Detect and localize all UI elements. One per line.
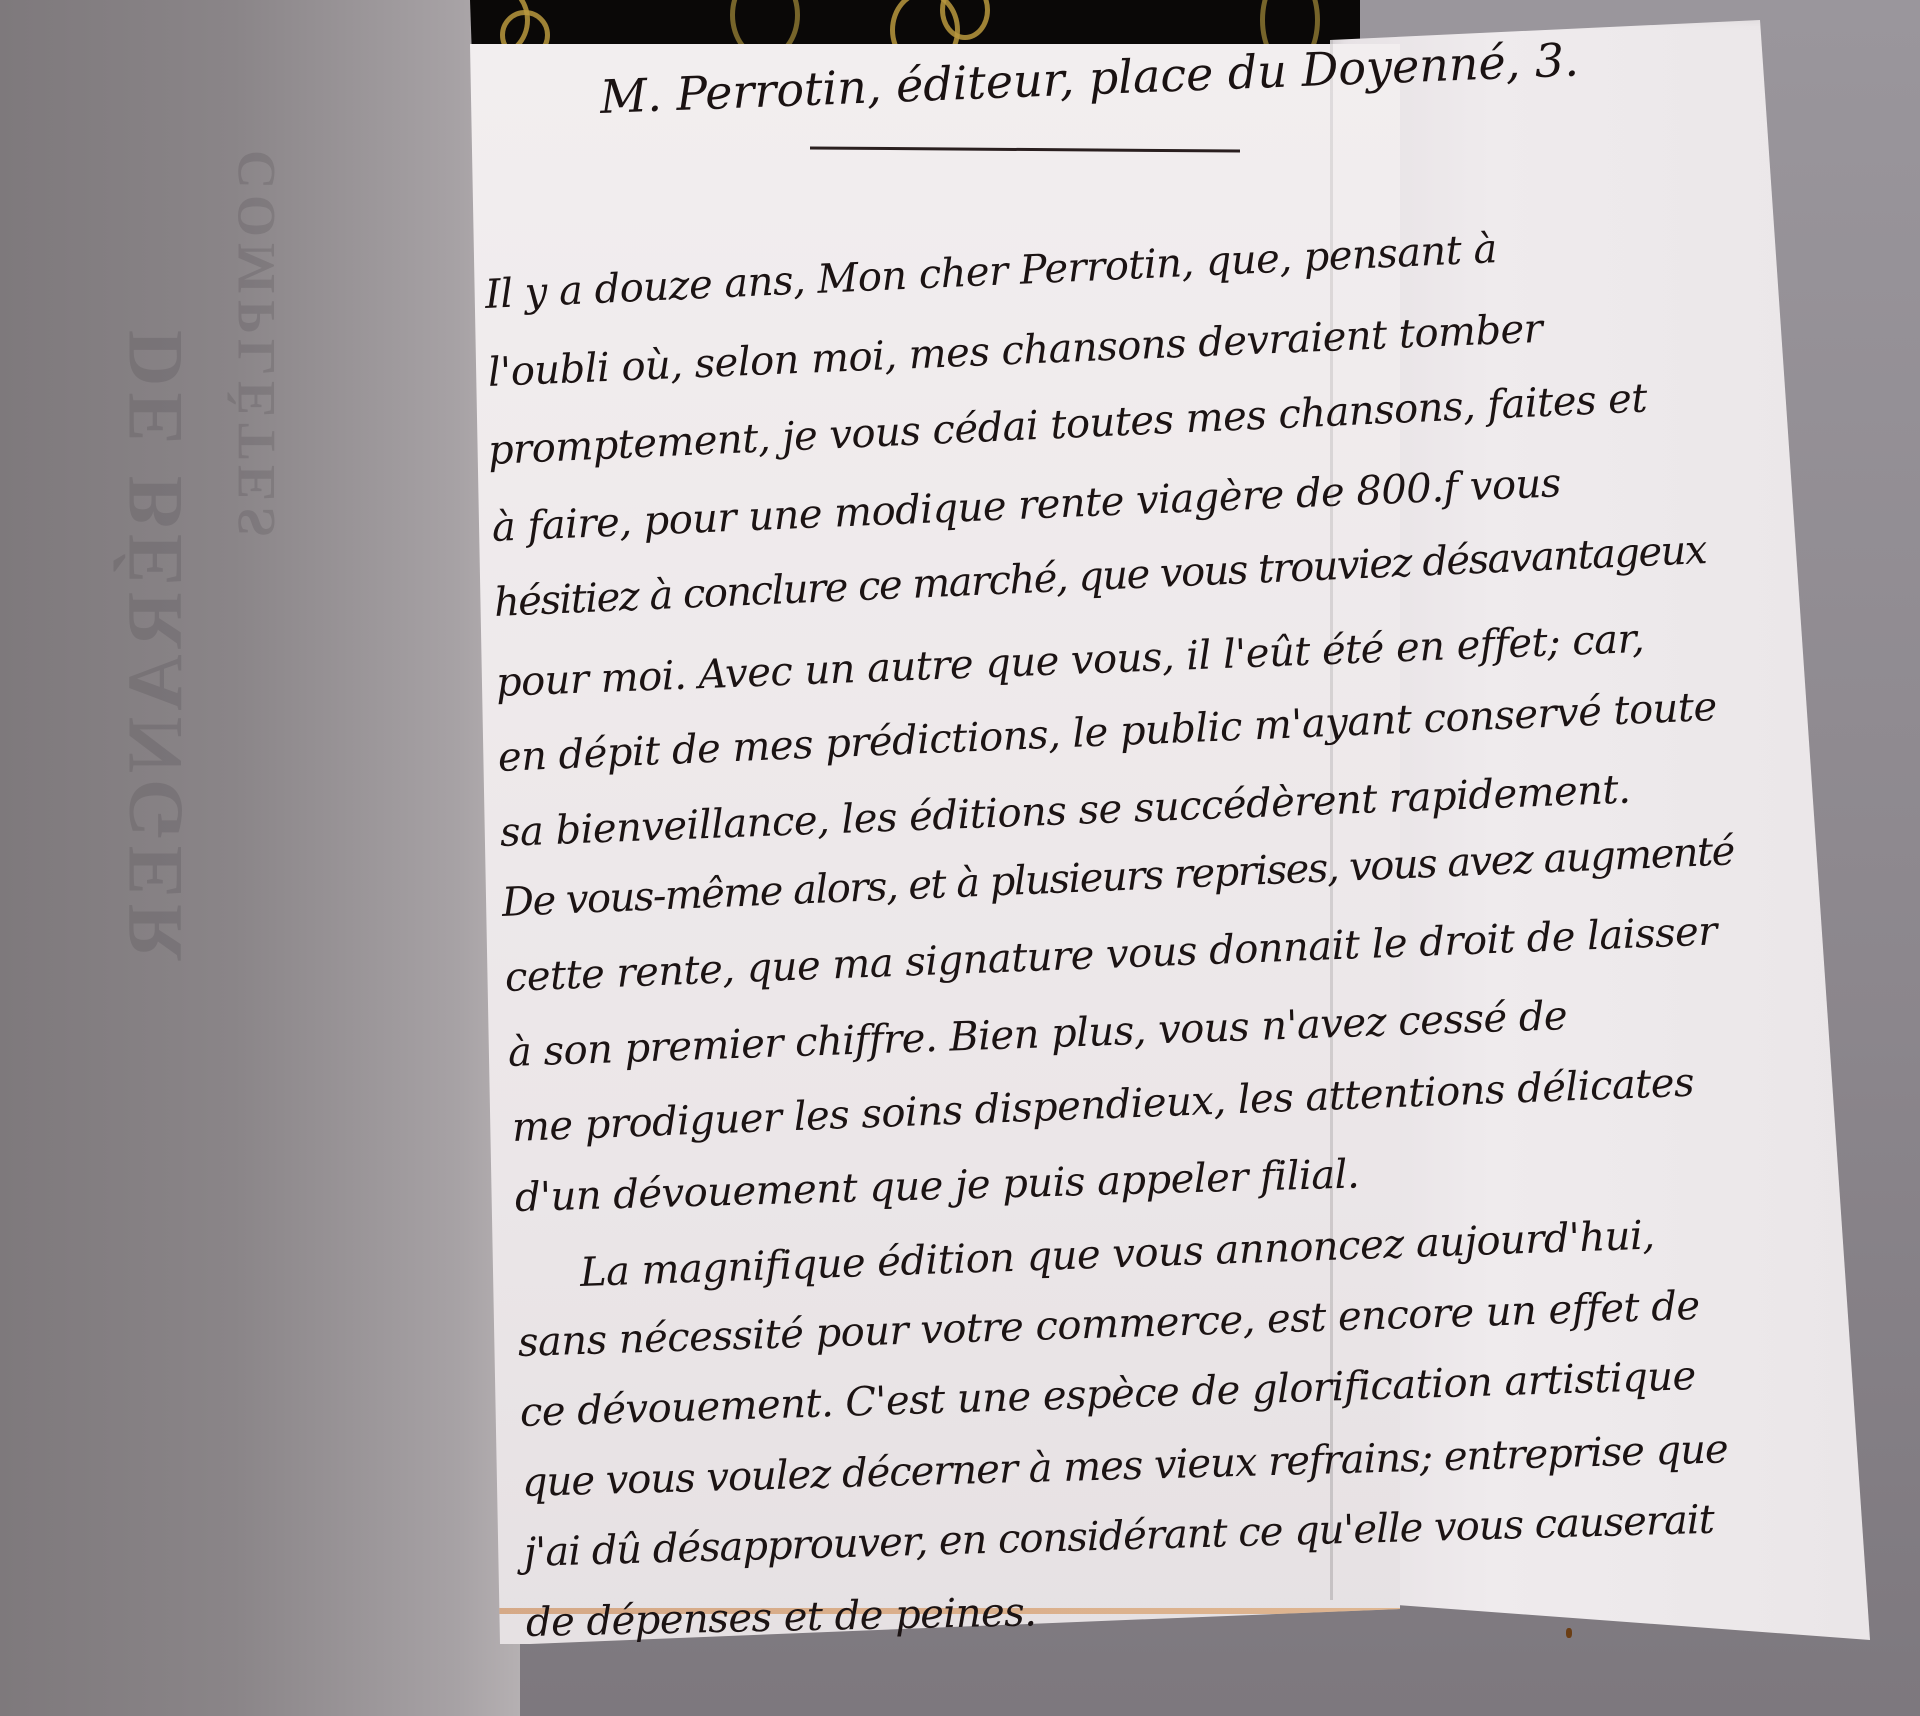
show-through-text: DE BÉRANGER: [110, 330, 200, 966]
paper-speck: [1566, 1628, 1572, 1638]
show-through-text: COMPLÈTES: [225, 150, 287, 543]
left-page: COMPLÈTES DE BÉRANGER: [0, 0, 520, 1716]
